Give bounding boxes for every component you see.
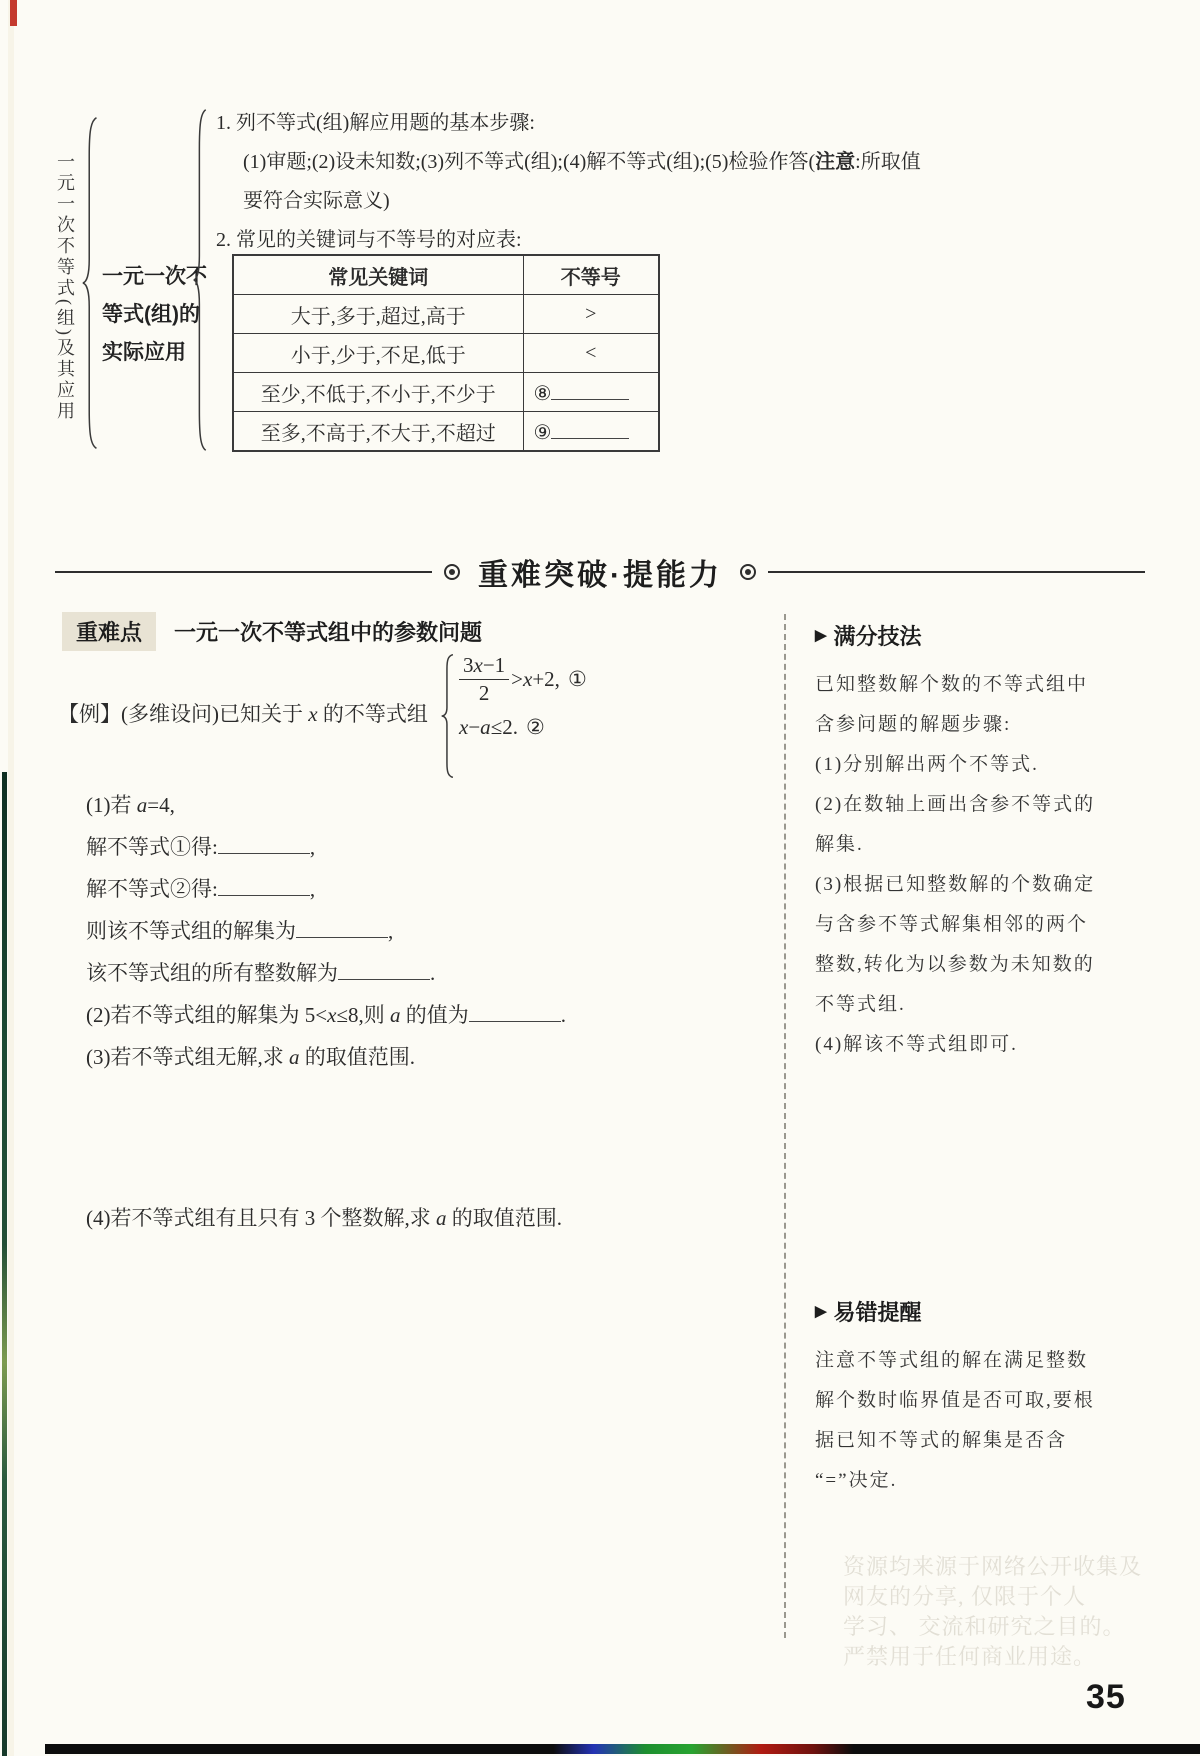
q3-pre: (3)若不等式组无解,求 (86, 1045, 289, 1069)
page-number: 35 (1086, 1678, 1126, 1717)
col-header-symbol: 不等号 (523, 255, 659, 295)
section-title: 重难突破·提能力 (472, 550, 728, 594)
red-edge-mark (10, 0, 17, 26)
question-4: (4)若不等式组有且只有 3 个整数解,求 a 的取值范围. (86, 1202, 562, 1232)
keypoint-row: 重难点 一元一次不等式组中的参数问题 (62, 612, 482, 651)
answer-blank (218, 832, 310, 854)
q3-post: 的取值范围. (300, 1045, 416, 1069)
keywords-cell: 大于,多于,超过,高于 (233, 295, 523, 334)
chapter-side-title: 一元一次不等式(组)及其应用 (52, 152, 78, 452)
symbol-cell: ⑨ (523, 412, 659, 452)
ineq1-tail: +2, (532, 667, 560, 692)
warning-block: ▶ 易错提醒 注意不等式组的解在满足整数 解个数时临界值是否可取,要根 据已知不… (815, 1296, 1145, 1501)
answer-blank (551, 379, 629, 400)
bullseye-ornament-icon (444, 564, 460, 580)
lead-post: 的不等式组 (318, 702, 428, 726)
item1-continuation-line: 要符合实际意义) (216, 182, 1096, 221)
answer-blank (218, 874, 310, 896)
section-header: 重难突破·提能力 (55, 550, 1145, 594)
header-rule-right (768, 571, 1145, 573)
inequality-1: 3x−1 2 >x+2, ① (459, 652, 587, 706)
col-header-keywords: 常见关键词 (233, 255, 523, 295)
warning-body: 注意不等式组的解在满足整数 解个数时临界值是否可取,要根 据已知不等式的解集是否… (815, 1341, 1145, 1501)
q2-pre: (2)若不等式组的解集为 5< (86, 1003, 327, 1027)
sol2-end: , (310, 877, 315, 901)
variable-x: x (308, 702, 317, 726)
item1-number: 1. (216, 112, 231, 134)
inequality-2: x−a≤2. ② (459, 715, 587, 740)
minus-sign: − (468, 715, 480, 740)
green-edge-strip (2, 772, 7, 1756)
answer-blank (469, 1000, 561, 1022)
circled-number: ⑨ (534, 422, 552, 444)
question-3: (3)若不等式组无解,求 a 的取值范围. (86, 1041, 415, 1071)
header-rule-left (55, 571, 432, 573)
topic-title: 一元一次不等式组中的参数问题 (174, 616, 482, 647)
sol4-label: 该不等式组的所有整数解为 (86, 961, 338, 985)
q2-mid: ≤8,则 (336, 1003, 390, 1027)
symbol-cell: ⑧ (523, 373, 659, 412)
keypoint-badge: 重难点 (62, 612, 156, 651)
item1-steps-line: (1)审题;(2)设未知数;(3)列不等式(组);(4)解不等式(组);(5)检… (216, 143, 1096, 182)
fraction: 3x−1 2 (459, 652, 509, 706)
q1-pre: (1)若 (86, 793, 137, 817)
tips-title: 满分技法 (834, 620, 922, 651)
keyword-inequality-table: 常见关键词 不等号 大于,多于,超过,高于 > 小于,少于,不足,低于 < 至少… (232, 254, 660, 452)
question-1: (1)若 a=4, (86, 789, 175, 819)
solution-line-4: 该不等式组的所有整数解为. (86, 957, 435, 987)
fraction-numerator: 3x−1 (459, 652, 509, 680)
warning-title: 易错提醒 (834, 1296, 922, 1327)
table-row: 大于,多于,超过,高于 > (233, 295, 659, 334)
answer-blank (338, 958, 430, 980)
fraction-denominator: 2 (479, 680, 490, 706)
table-row: 小于,少于,不足,低于 < (233, 334, 659, 373)
warning-title-row: ▶ 易错提醒 (815, 1296, 1145, 1327)
variable-a: a (390, 1003, 401, 1027)
equation-tag-2: ② (526, 715, 545, 740)
gt-sign: > (511, 667, 523, 692)
sol1-label: 解不等式①得: (86, 835, 218, 859)
sol2-label: 解不等式②得: (86, 877, 218, 901)
sol3-end: , (388, 919, 393, 943)
num-coef: 3 (463, 653, 474, 677)
sol3-label: 则该不等式组的解集为 (86, 919, 296, 943)
variable-x: x (523, 667, 532, 692)
ineq2-tail: ≤2. (491, 715, 518, 740)
symbol-cell: > (523, 295, 659, 334)
q2-end: . (561, 1003, 566, 1027)
inequality-system: 3x−1 2 >x+2, ① x−a≤2. ② (459, 652, 587, 740)
variable-x: x (459, 715, 468, 740)
variable-a: a (436, 1206, 447, 1230)
system-brace-icon (441, 654, 455, 778)
lead-pre: 【例】(多维设问)已知关于 (58, 702, 308, 726)
q1-post: =4, (147, 793, 175, 817)
table-row: 至少,不低于,不小于,不少于 ⑧ (233, 373, 659, 412)
textbook-page: 一元一次不等式(组)及其应用 一元一次不 等式(组)的 实际应用 1. 列不等式… (0, 0, 1200, 1756)
variable-a: a (137, 793, 148, 817)
item1-title-line: 1. 列不等式(组)解应用题的基本步骤: (216, 104, 1096, 143)
q2-post: 的值为 (400, 1003, 468, 1027)
tips-body: 已知整数解个数的不等式组中 含参问题的解题步骤: (1)分别解出两个不等式. (… (815, 665, 1145, 1065)
item1-steps: (1)审题;(2)设未知数;(3)列不等式(组);(4)解不等式(组);(5)检… (243, 151, 815, 173)
solution-line-2: 解不等式②得:, (86, 873, 315, 903)
triangle-bullet-icon: ▶ (815, 1304, 827, 1319)
curly-brace-icon (193, 108, 208, 452)
table-row: 至多,不高于,不大于,不超过 ⑨ (233, 412, 659, 452)
circled-number: ⑧ (534, 383, 552, 405)
keywords-cell: 至多,不高于,不大于,不超过 (233, 412, 523, 452)
bullseye-ornament-icon (740, 564, 756, 580)
answer-blank (296, 916, 388, 938)
item2-number: 2. (216, 229, 231, 251)
item1-title: 列不等式(组)解应用题的基本步骤: (236, 112, 535, 134)
item1-steps-tail: :所取值 (855, 151, 921, 173)
variable-a: a (480, 715, 491, 740)
q4-pre: (4)若不等式组有且只有 3 个整数解,求 (86, 1206, 436, 1230)
solution-line-1: 解不等式①得:, (86, 831, 315, 861)
column-divider (784, 614, 786, 1638)
tips-title-row: ▶ 满分技法 (815, 620, 1145, 651)
variable-x: x (474, 653, 483, 677)
sol4-end: . (430, 961, 435, 985)
bottom-print-bar (45, 1744, 1200, 1754)
triangle-bullet-icon: ▶ (815, 628, 827, 643)
variable-a: a (289, 1045, 300, 1069)
table-header-row: 常见关键词 不等号 (233, 255, 659, 295)
item2-title: 常见的关键词与不等号的对应表: (236, 229, 522, 251)
num-tail: −1 (483, 653, 505, 677)
watermark-text: 资源均来源于网络公开收集及 网友的分享, 仅限于个人 学习、 交流和研究之目的。… (843, 1552, 1195, 1672)
sol1-end: , (310, 835, 315, 859)
item1-note: 注意 (815, 151, 855, 173)
solution-line-3: 则该不等式组的解集为, (86, 915, 393, 945)
example-lead-text: 【例】(多维设问)已知关于 x 的不等式组 (58, 698, 428, 728)
concept-map-items: 1. 列不等式(组)解应用题的基本步骤: (1)审题;(2)设未知数;(3)列不… (216, 104, 1096, 260)
answer-blank (551, 418, 629, 439)
keywords-cell: 小于,少于,不足,低于 (233, 334, 523, 373)
question-2: (2)若不等式组的解集为 5<x≤8,则 a 的值为. (86, 999, 566, 1029)
symbol-cell: < (523, 334, 659, 373)
curly-brace-icon (82, 116, 99, 450)
equation-tag-1: ① (568, 667, 587, 692)
page-edge-shading (8, 0, 14, 1756)
example-problem: 【例】(多维设问)已知关于 x 的不等式组 3x−1 2 >x+2, ① x−a… (58, 652, 718, 784)
keywords-cell: 至少,不低于,不小于,不少于 (233, 373, 523, 412)
q4-post: 的取值范围. (447, 1206, 563, 1230)
tips-block: ▶ 满分技法 已知整数解个数的不等式组中 含参问题的解题步骤: (1)分别解出两… (815, 620, 1145, 1065)
